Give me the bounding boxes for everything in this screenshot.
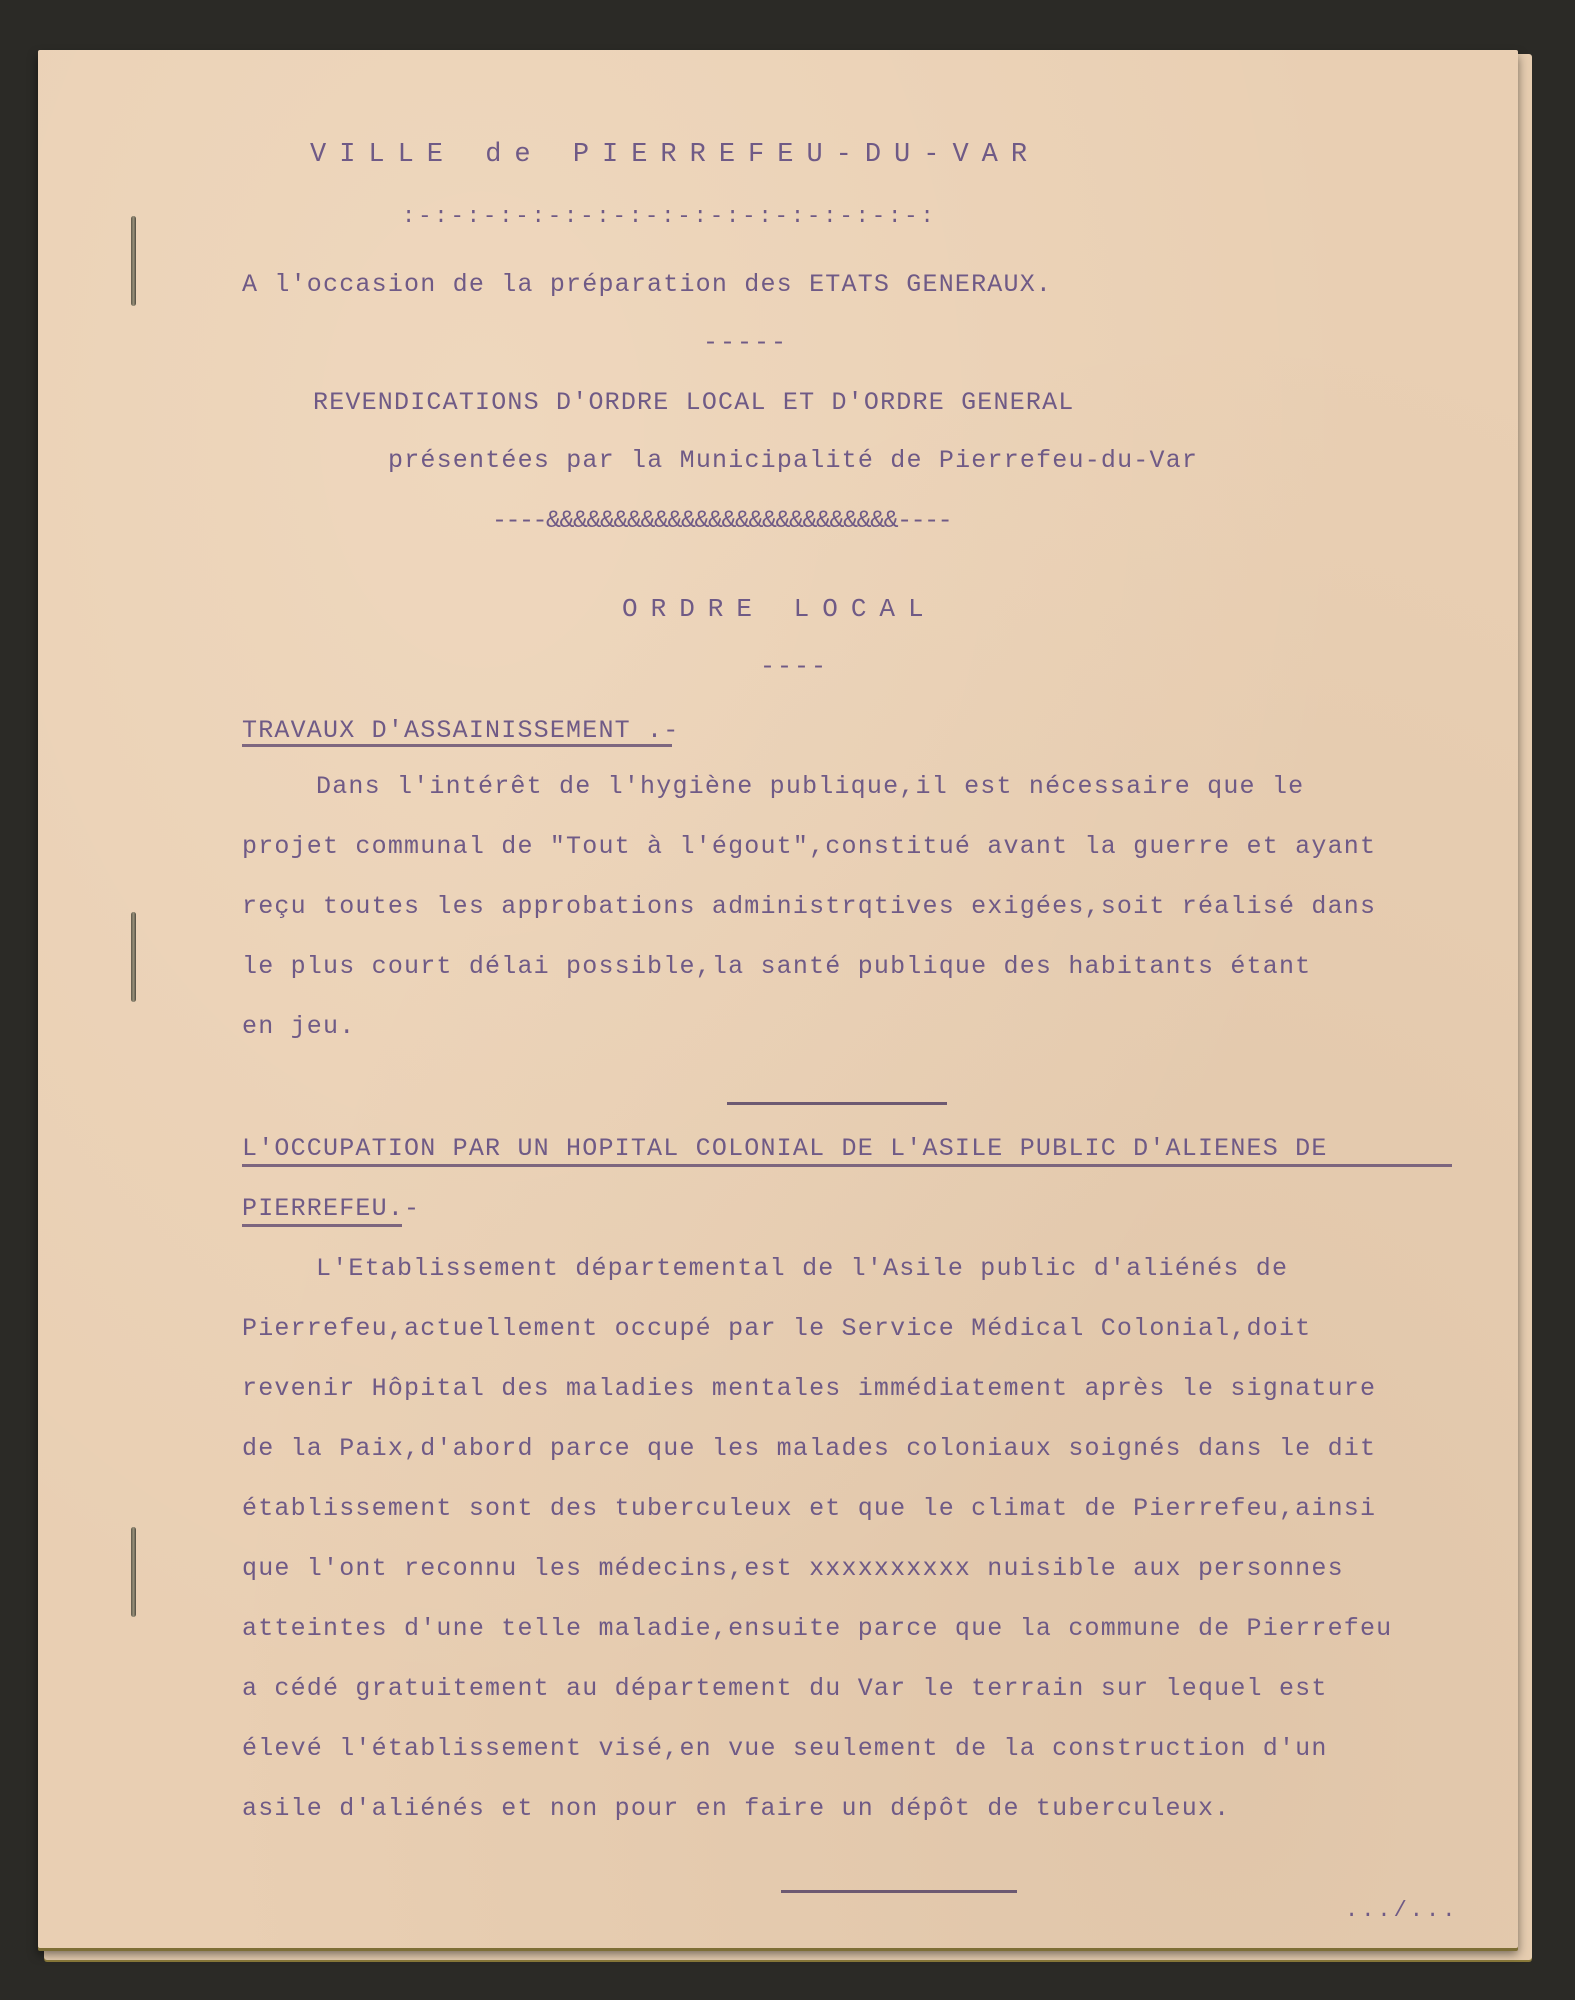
subtitle: REVENDICATIONS D'ORDRE LOCAL ET D'ORDRE … (313, 388, 1075, 417)
item-2-heading-line-2: PIERREFEU.- (242, 1194, 420, 1223)
item-2-heading-underline-2 (242, 1224, 402, 1227)
closing-rule (781, 1890, 1017, 1893)
item-1-line-3: reçu toutes les approbations administrqt… (242, 892, 1376, 921)
item-1-line-1: Dans l'intérêt de l'hygiène publique,il … (316, 772, 1304, 801)
item-2-line-1: L'Etablissement départemental de l'Asile… (316, 1254, 1288, 1283)
item-1-heading-underline (242, 744, 672, 747)
item-2-line-2: Pierrefeu,actuellement occupé par le Ser… (242, 1314, 1311, 1343)
item-2-line-10: asile d'aliénés et non pour en faire un … (242, 1794, 1230, 1823)
item-2-line-6: que l'ont reconnu les médecins,est xxxxx… (242, 1554, 1344, 1583)
staple-bottom (131, 1527, 136, 1617)
item-1-line-4: le plus court délai possible,la santé pu… (242, 952, 1311, 981)
item-2-heading-suffix: .- (388, 1194, 420, 1223)
item-2-line-4: de la Paix,d'abord parce que les malades… (242, 1434, 1376, 1463)
separator-dashes: ----- (703, 328, 788, 357)
item-1-heading: TRAVAUX D'ASSAINISSEMENT .- (242, 716, 679, 745)
presented-by: présentées par la Municipalité de Pierre… (388, 446, 1198, 475)
item-1-heading-suffix: .- (631, 716, 680, 745)
item-2-line-7: atteintes d'une telle maladie,ensuite pa… (242, 1614, 1392, 1643)
city-title: VILLE de PIERREFEU-DU-VAR (310, 140, 1040, 170)
item-2-line-3: revenir Hôpital des maladies mentales im… (242, 1374, 1376, 1403)
ampersand-ornament: ----&&&&&&&&&&&&&&&&&&&&&&&&&&---- (492, 506, 951, 535)
item-2-heading-underline-1 (242, 1164, 1452, 1167)
item-2-heading-line-2-text: PIERREFEU (242, 1194, 388, 1223)
staple-top (131, 216, 136, 306)
item-2-line-5: établissement sont des tuberculeux et qu… (242, 1494, 1376, 1523)
section-divider-rule (727, 1102, 947, 1105)
section-separator: ---- (760, 652, 828, 681)
item-1-heading-text: TRAVAUX D'ASSAINISSEMENT (242, 716, 631, 745)
item-1-line-5: en jeu. (242, 1012, 355, 1041)
staple-middle (131, 912, 136, 1002)
occasion-line: A l'occasion de la préparation des ETATS… (242, 270, 1052, 299)
continuation-mark: .../... (1345, 1898, 1458, 1923)
ornament-line: :-:-:-:-:-:-:-:-:-:-:-:-:-:-:-:-: (402, 204, 937, 229)
item-2-heading-line-1: L'OCCUPATION PAR UN HOPITAL COLONIAL DE … (242, 1134, 1328, 1163)
item-2-line-8: a cédé gratuitement au département du Va… (242, 1674, 1328, 1703)
item-1-line-2: projet communal de "Tout à l'égout",cons… (242, 832, 1376, 861)
item-2-line-9: élevé l'établissement visé,en vue seulem… (242, 1734, 1328, 1763)
section-title: ORDRE LOCAL (622, 594, 937, 624)
